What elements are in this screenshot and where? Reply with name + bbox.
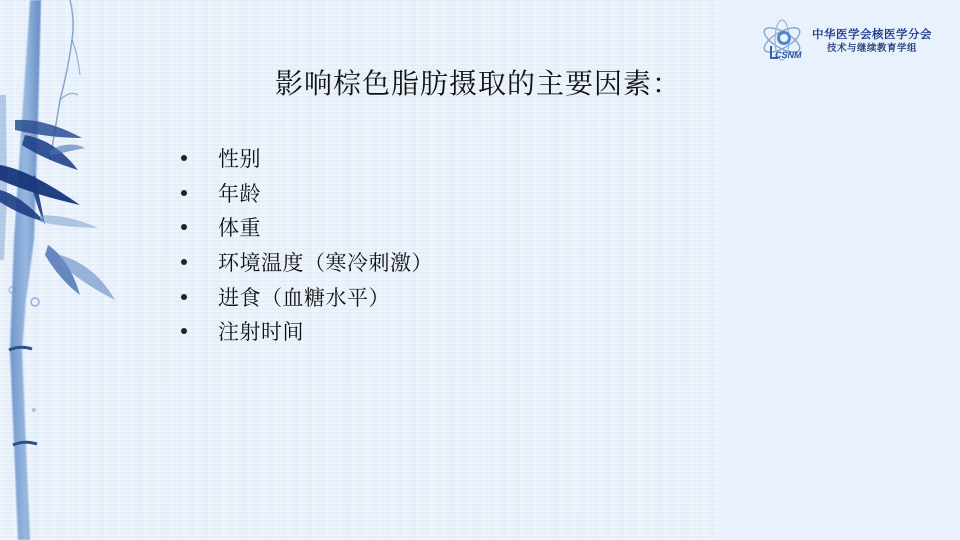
bullet-icon [181, 224, 187, 230]
list-item-text: 年龄 [218, 178, 261, 208]
list-item: 体重 [176, 210, 433, 245]
list-item-text: 注射时间 [218, 316, 304, 346]
svg-text:CSNM: CSNM [775, 50, 802, 60]
list-item: 性别 [176, 141, 433, 176]
list-item-text: 进食（血糖水平） [218, 282, 390, 312]
bullet-icon [181, 190, 187, 196]
bullet-icon [181, 259, 187, 265]
list-item: 进食（血糖水平） [176, 279, 433, 314]
list-item-text: 体重 [218, 212, 261, 242]
list-item: 注射时间 [176, 314, 433, 349]
list-item: 年龄 [176, 176, 433, 211]
bullet-icon [181, 294, 187, 300]
factor-list: 性别 年龄 体重 环境温度（寒冷刺激） 进食（血糖水平） 注射时间 [176, 141, 433, 349]
bullet-icon [181, 155, 187, 161]
slide: CSNM 中华医学会核医学分会 技术与继续教育学组 影响棕色脂肪摄取的主要因素：… [0, 0, 960, 540]
list-item: 环境温度（寒冷刺激） [176, 245, 433, 280]
society-logo: CSNM 中华医学会核医学分会 技术与继续教育学组 [760, 18, 950, 64]
list-item-text: 环境温度（寒冷刺激） [218, 247, 433, 277]
logo-group-name: 技术与继续教育学组 [827, 42, 917, 56]
logo-society-name: 中华医学会核医学分会 [812, 26, 932, 42]
list-item-text: 性别 [218, 143, 261, 173]
slide-title-text: 影响棕色脂肪摄取的主要因素： [275, 67, 681, 100]
slide-title: 影响棕色脂肪摄取的主要因素： [0, 62, 960, 102]
bullet-icon [181, 328, 187, 334]
atom-logo-icon: CSNM [760, 18, 810, 64]
logo-text: 中华医学会核医学分会 技术与继续教育学组 [812, 26, 932, 56]
